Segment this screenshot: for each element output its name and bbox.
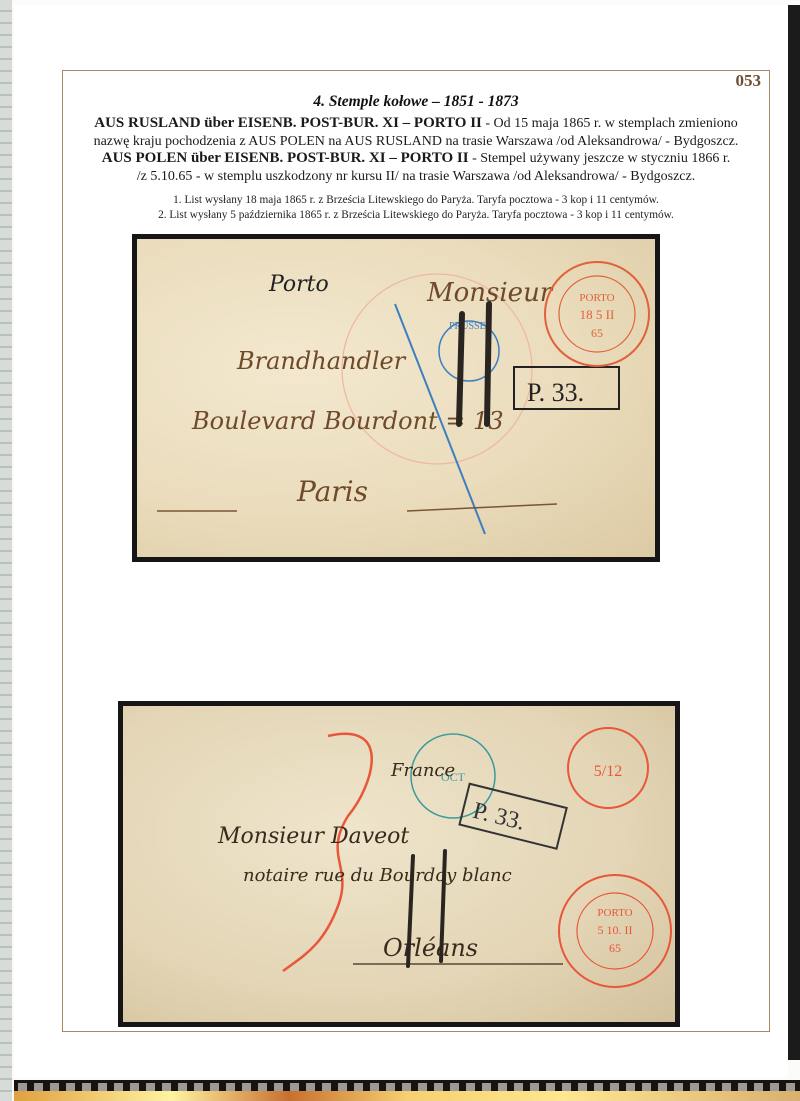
note-1: 1. List wysłany 18 maja 1865 r. z Brześc… [63,193,769,208]
description: AUS RUSLAND über EISENB. POST-BUR. XI – … [63,115,769,185]
paragraph-2-cont: /z 5.10.65 - w stemplu uszkodzony nr kur… [63,168,769,186]
svg-text:5 10. II: 5 10. II [598,923,633,937]
cover-notes: 1. List wysłany 18 maja 1865 r. z Brześc… [63,193,769,223]
svg-text:PORTO: PORTO [597,907,632,919]
address-line-4: Orléans [383,934,478,962]
crayon-mark-3 [283,734,372,971]
svg-text:PORTO: PORTO [579,292,614,304]
address-line-2: Monsieur Daveot [217,824,409,849]
svg-text:65: 65 [609,941,621,955]
svg-text:PRUSSE: PRUSSE [449,321,486,332]
cover-2: OCT France Monsieur Daveot notaire rue d… [118,701,680,1027]
warszawa-stamp: 5/12 [568,728,648,808]
address-line-2: Brandhandler [236,347,407,375]
red-circle-stamp: PORTO 5 10. II 65 [559,875,671,987]
svg-text:18 5 II: 18 5 II [580,307,615,322]
address-line-1: France [390,760,455,781]
paragraph-1: AUS RUSLAND über EISENB. POST-BUR. XI – … [63,115,769,133]
scan-bottom-strip [14,1080,800,1101]
box-stamp: P. 33. [527,378,584,407]
paragraph-1-cont: nazwę kraju pochodzenia z AUS POLEN na A… [63,133,769,151]
svg-text:65: 65 [591,326,603,340]
cover-2-illustration: OCT France Monsieur Daveot notaire rue d… [123,706,675,1022]
scan-shadow-edge [788,5,800,1060]
svg-text:5/12: 5/12 [594,763,622,780]
red-circle-stamp: PORTO 18 5 II 65 [545,262,649,366]
porto-mark: Porto [268,272,329,297]
album-binding-edge [0,0,12,1101]
address-line-4: Paris [296,475,368,508]
cover-1: Porto PRUSSE Monsieur Brandhandler Boule… [132,234,660,562]
address-line-3: notaire rue du Bourdoy blanc [243,865,512,886]
paragraph-2: AUS POLEN über EISENB. POST-BUR. XI – PO… [63,150,769,168]
note-2: 2. List wysłany 5 października 1865 r. z… [63,208,769,223]
cover-1-illustration: Porto PRUSSE Monsieur Brandhandler Boule… [137,239,655,557]
page-number: 053 [736,71,762,91]
page-title: 4. Stemple kołowe – 1851 - 1873 [63,93,769,111]
album-page: 053 4. Stemple kołowe – 1851 - 1873 AUS … [14,5,788,1077]
